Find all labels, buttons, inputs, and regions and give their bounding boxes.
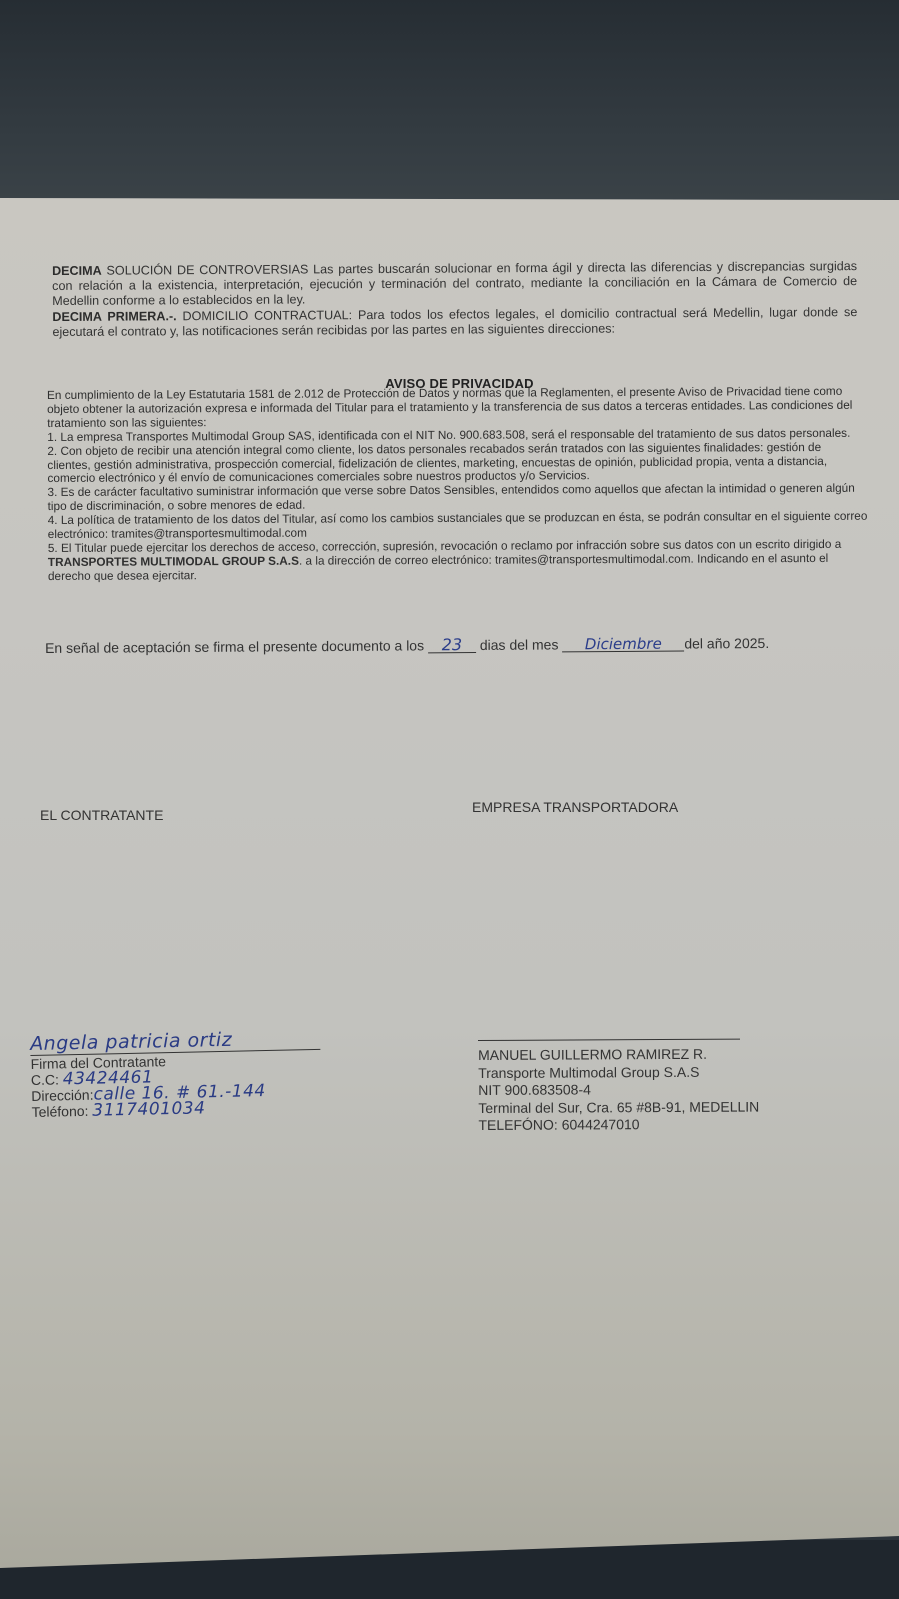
empresa-representative: MANUEL GUILLERMO RAMIREZ R. [478, 1045, 808, 1064]
empresa-nit: NIT 900.683508-4 [478, 1080, 808, 1099]
clause-decima-primera-heading: DECIMA PRIMERA.-. [52, 309, 176, 324]
clauses-section: DECIMA SOLUCIÓN DE CONTROVERSIAS Las par… [52, 259, 857, 340]
company-name-bold: TRANSPORTES MULTIMODAL GROUP S.A.S [48, 554, 299, 569]
telefono-value: 3117401034 [92, 1098, 206, 1120]
empresa-company: Transporte Multimodal Group S.A.S [478, 1063, 808, 1082]
dark-background-top [0, 0, 899, 200]
privacy-intro: En cumplimiento de la Ley Estatutaria 15… [47, 385, 867, 431]
day-field: 23 [428, 638, 476, 653]
empresa-signature-block: MANUEL GUILLERMO RAMIREZ R. Transporte M… [478, 1038, 808, 1134]
empresa-label: EMPRESA TRANSPORTADORA [472, 799, 678, 815]
privacy-item-2: 2. Con objeto de recibir una atención in… [47, 440, 867, 486]
clause-decima-title: SOLUCIÓN DE CONTROVERSIAS [106, 262, 308, 277]
clause-decima-heading: DECIMA [52, 264, 102, 278]
contratante-label: EL CONTRATANTE [40, 807, 163, 823]
privacy-notice-body: En cumplimiento de la Ley Estatutaria 15… [47, 385, 868, 584]
contratante-signature-block: Angela patricia ortiz Firma del Contrata… [30, 1028, 362, 1120]
empresa-address: Terminal del Sur, Cra. 65 #8B-91, MEDELL… [478, 1098, 808, 1117]
month-field: Diciembre [562, 637, 684, 653]
privacy-item-5: 5. El Titular puede ejercitar los derech… [48, 538, 868, 584]
empresa-phone: TELEFÓNO: 6044247010 [478, 1115, 808, 1134]
